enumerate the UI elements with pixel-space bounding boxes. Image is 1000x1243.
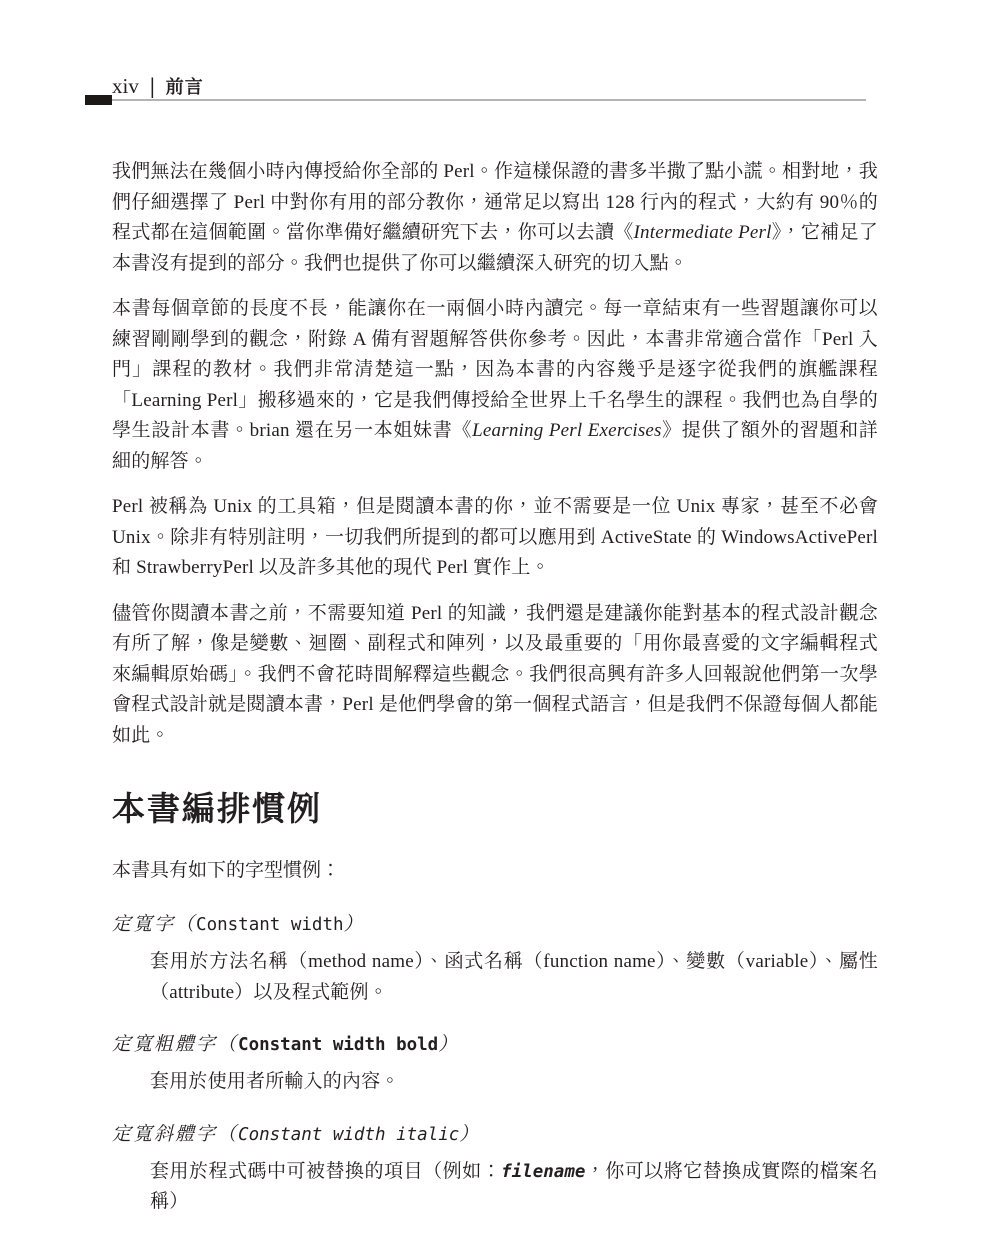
text-run: 套用於程式碼中可被替換的項目（例如： <box>150 1161 501 1182</box>
paren-close: ） <box>438 1034 459 1055</box>
paren-open: （ <box>175 914 196 935</box>
paragraph: 本書每個章節的長度不長，能讓你在一兩個小時內讀完。每一章結束有一些習題讓你可以練… <box>112 294 878 477</box>
term-zh: 定寬斜體字 <box>112 1124 217 1145</box>
term-en-constant-width-italic: Constant width italic <box>238 1125 459 1145</box>
paragraph: Perl 被稱為 Unix 的工具箱，但是閱讀本書的你，並不需要是一位 Unix… <box>112 492 878 584</box>
replaceable-code-term: filename <box>501 1162 585 1182</box>
page-number: xiv <box>112 75 139 97</box>
paren-open: （ <box>217 1034 238 1055</box>
term-en-constant-width: Constant width <box>196 915 344 935</box>
convention-term: 定寬粗體字（Constant width bold） <box>112 1030 878 1060</box>
convention-definition: 套用於方法名稱（method name）、函式名稱（function name）… <box>150 947 878 1008</box>
paragraph: 儘管你閱讀本書之前，不需要知道 Perl 的知識，我們還是建議你能對基本的程式設… <box>112 599 878 752</box>
text-run: 套用於方法名稱（method name）、函式名稱（function name）… <box>150 951 878 1003</box>
book-title-italic: Learning Perl Exercises <box>472 420 662 441</box>
term-zh: 定寬粗體字 <box>112 1034 217 1055</box>
text-run: 套用於使用者所輸入的內容。 <box>150 1071 400 1092</box>
term-en-constant-width-bold: Constant width bold <box>238 1035 438 1055</box>
running-header: xiv | 前言 <box>112 73 878 97</box>
section-intro: 本書具有如下的字型慣例： <box>112 856 878 886</box>
page-edge-mark <box>85 95 112 105</box>
paragraph: 我們無法在幾個小時內傳授給你全部的 Perl。作這樣保證的書多半撒了點小謊。相對… <box>112 157 878 279</box>
running-header-text: xiv | 前言 <box>112 73 878 99</box>
paren-close: ） <box>344 914 365 935</box>
book-page: xiv | 前言 我們無法在幾個小時內傳授給你全部的 Perl。作這樣保證的書多… <box>0 0 1000 1243</box>
header-rule <box>88 99 866 101</box>
paren-close: ） <box>459 1124 480 1145</box>
convention-entry: 定寬粗體字（Constant width bold） 套用於使用者所輸入的內容。 <box>112 1030 878 1098</box>
convention-definition: 套用於使用者所輸入的內容。 <box>150 1067 878 1098</box>
text-run: Perl 被稱為 Unix 的工具箱，但是閱讀本書的你，並不需要是一位 Unix… <box>112 496 878 578</box>
term-zh: 定寬字 <box>112 914 175 935</box>
convention-term: 定寬字（Constant width） <box>112 910 878 940</box>
book-title-italic: Intermediate Perl <box>634 222 772 243</box>
paren-open: （ <box>217 1124 238 1145</box>
page-body: 我們無法在幾個小時內傳授給你全部的 Perl。作這樣保證的書多半撒了點小謊。相對… <box>112 157 878 1218</box>
convention-term: 定寬斜體字（Constant width italic） <box>112 1120 878 1150</box>
convention-entry: 定寬斜體字（Constant width italic） 套用於程式碼中可被替換… <box>112 1120 878 1218</box>
chapter-title: 前言 <box>166 73 204 99</box>
section-heading: 本書編排慣例 <box>112 783 878 830</box>
convention-definition: 套用於程式碼中可被替換的項目（例如：filename，你可以將它替換成實際的檔案… <box>150 1157 878 1218</box>
convention-entry: 定寬字（Constant width） 套用於方法名稱（method name）… <box>112 910 878 1008</box>
text-run: 儘管你閱讀本書之前，不需要知道 Perl 的知識，我們還是建議你能對基本的程式設… <box>112 603 878 746</box>
header-divider: | <box>150 75 155 100</box>
